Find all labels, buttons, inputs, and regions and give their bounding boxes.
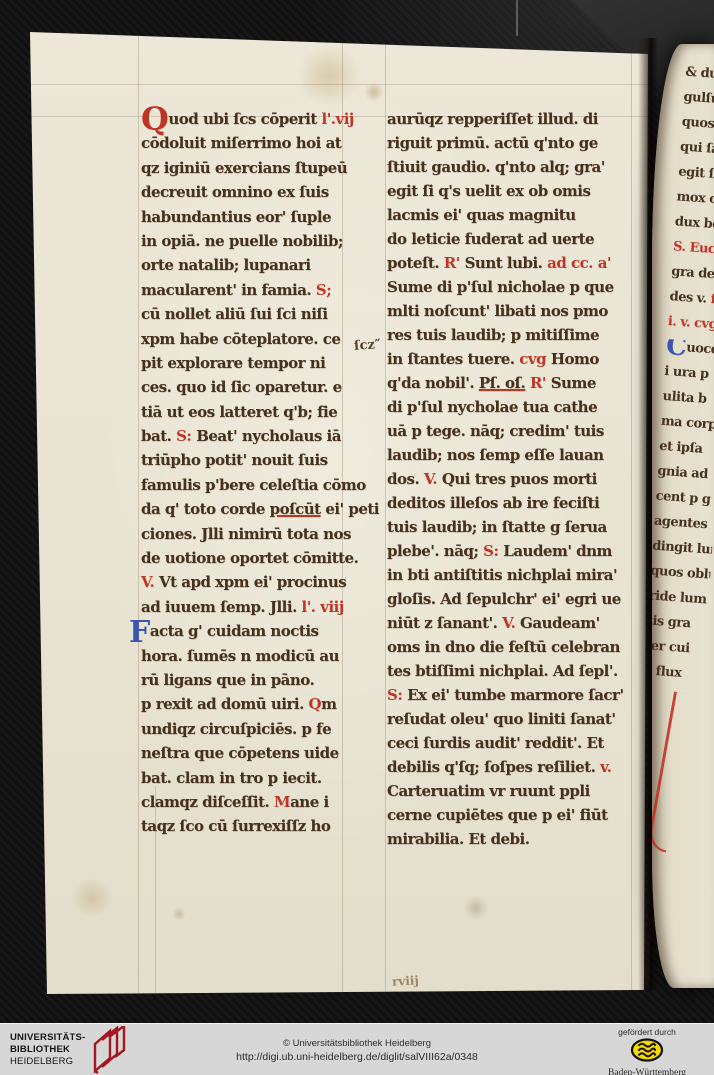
- manuscript-line: reſudat oleu' quo liniti ſanat': [387, 710, 621, 734]
- manuscript-line: habundantius eor' ſuple: [141, 208, 353, 232]
- manuscript-line: tes btiſſimi nichplai. Ad ſepl'.: [387, 662, 621, 686]
- manuscript-line: ces. quo id ſic oparetur. e: [141, 378, 353, 402]
- manuscript-line: oms in dno die feſtū celebran: [387, 638, 621, 662]
- manuscript-line: bat. S: Beat' nycholaus iā: [141, 427, 353, 451]
- text-column-right: aurūqz repperiſſet illud. diriguit primū…: [387, 110, 621, 854]
- manuscript-line: in ſtantes tuere. cvg Homo: [387, 350, 621, 374]
- ruling-line: [385, 26, 386, 996]
- manuscript-line: taqz ſco cū ſurrexiſſz ho: [141, 817, 353, 841]
- manuscript-line: qz iginiū exercians ſtupeū: [141, 159, 353, 183]
- manuscript-line: mirabilia. Et debi.: [387, 830, 621, 854]
- manuscript-line: uā p tege. nāq; credim' tuis: [387, 422, 621, 446]
- funding-region: Baden-Württemberg: [588, 1068, 706, 1075]
- manuscript-line: cōdoluit miſerrimo hoi at: [141, 134, 353, 158]
- manuscript-line: Sume di p'ſul nicholae p que: [387, 278, 621, 302]
- manuscript-line: res tuis laudib; p mitiſſime: [387, 326, 621, 350]
- manuscript-line: o flux: [652, 663, 704, 692]
- manuscript-page: Quod ubi ſcs cōperit l'.vijcōdoluit miſe…: [24, 26, 652, 996]
- manuscript-line: in bti antiſtitis nichplai mira': [387, 566, 621, 590]
- bookmark-cord: [516, 0, 518, 36]
- facing-page-text: & dum mirac'gulſus ob in uquos geſtiendo…: [652, 65, 714, 693]
- manuscript-line: clamqz diſceſſit. Mane i: [141, 793, 353, 817]
- ruling-line: [24, 84, 652, 85]
- manuscript-line: orte natalib; lupanari: [141, 256, 353, 280]
- manuscript-line: ceci ſurdis audit' reddit'. Et: [387, 734, 621, 758]
- manuscript-line: ride lum: [652, 588, 709, 617]
- manuscript-line: rū ligans que in pāno.: [141, 671, 353, 695]
- quire-signature: rviij: [392, 973, 419, 988]
- manuscript-line: ciones. Jlli nimirū tota nos: [141, 525, 353, 549]
- manuscript-line: S: Ex ei' tumbe marmore ſacr': [387, 686, 621, 710]
- manuscript-line: xpm habe cōteplatore. ce: [141, 330, 353, 354]
- margin-note: ſcz″: [354, 337, 382, 354]
- manuscript-line: Quod ubi ſcs cōperit l'.vij: [141, 110, 353, 134]
- manuscript-line: tuis laudib; in ſtatte g ſerua: [387, 518, 621, 542]
- manuscript-line: egit ſi q's uelit ex ob omis: [387, 182, 621, 206]
- library-footer-bar: UNIVERSITÄTS- BIBLIOTHEK HEIDELBERG © Un…: [0, 1023, 714, 1075]
- manuscript-line: do leticie fuderat ad uerte: [387, 230, 621, 254]
- manuscript-line: di p'ſul nycholae tua cathe: [387, 398, 621, 422]
- manuscript-line: cerne cupiētes que p ei' fiūt: [387, 806, 621, 830]
- viewer-screenshot: Quod ubi ſcs cōperit l'.vijcōdoluit miſe…: [0, 0, 714, 1075]
- manuscript-line: plebe'. nāq; S: Laudem' dnm: [387, 542, 621, 566]
- manuscript-line: decreuit omnino ex ſuis: [141, 183, 353, 207]
- manuscript-line: in opiā. ne puelle nobilib;: [141, 232, 353, 256]
- manuscript-line: de uotione oportet cōmitte.: [141, 549, 353, 573]
- manuscript-line: ad iuuem ſemp. Jlli. l'. viij: [141, 598, 353, 622]
- manuscript-line: ſtiuit gaudio. q'nto alq; gra': [387, 158, 621, 182]
- manuscript-line: V. Vt apd xpm ei' procinus: [141, 573, 353, 597]
- red-penwork-flourish: [652, 691, 694, 852]
- manuscript-line: niūt z ſanant'. V. Gaudeam': [387, 614, 621, 638]
- manuscript-line: aurūqz repperiſſet illud. di: [387, 110, 621, 134]
- text-column-left: Quod ubi ſcs cōperit l'.vijcōdoluit miſe…: [141, 110, 353, 842]
- manuscript-line: tiā ut eos latteret q'b; fie: [141, 403, 353, 427]
- manuscript-line: p rexit ad domū uiri. Qm: [141, 695, 353, 719]
- manuscript-line: poteſt. R' Sunt lubi. ad cc. a': [387, 254, 621, 278]
- manuscript-line: famulis p'bere celeſtia cōmo: [141, 476, 353, 500]
- manuscript-line: da q' toto corde poſcūt ei' peti: [141, 500, 353, 524]
- manuscript-line: q'da nobil'. Pſ. oſ. R' Sume: [387, 374, 621, 398]
- manuscript-line: neſtra que cōpetens uide: [141, 744, 353, 768]
- manuscript-line: cū nollet aliū ſui ſci niſi: [141, 305, 353, 329]
- manuscript-line: mlti noſcunt' libati nos pmo: [387, 302, 621, 326]
- manuscript-line: deditos illeſos ab ire feciſti: [387, 494, 621, 518]
- manuscript-line: undiqz circuſpiciēs. p fe: [141, 720, 353, 744]
- manuscript-line: bat. clam in tro p iecit.: [141, 769, 353, 793]
- manuscript-line: lacmis ei' quas magnitu: [387, 206, 621, 230]
- manuscript-line: hora. ſumēs n modicū au: [141, 647, 353, 671]
- manuscript-line: Facta g' cuidam noctis: [141, 622, 353, 646]
- manuscript-line: macularent' in famia. S;: [141, 281, 353, 305]
- manuscript-line: Carteruatim vr ruunt ppli: [387, 782, 621, 806]
- funding-credit: gefördert durch Baden-Württemberg: [588, 1027, 706, 1075]
- manuscript-line: debilis q'ſq; ſoſpes reſiliet. v.: [387, 758, 621, 782]
- manuscript-line: pit explorare tempor ni: [141, 354, 353, 378]
- funding-label: gefördert durch: [588, 1027, 706, 1037]
- manuscript-line: tis gra: [652, 613, 707, 642]
- manuscript-line: dos. V. Qui tres puos morti: [387, 470, 621, 494]
- manuscript-line: gloſis. Ad ſepulchr' ei' egri ue: [387, 590, 621, 614]
- photograph-background: Quod ubi ſcs cōperit l'.vijcōdoluit miſe…: [0, 0, 714, 1023]
- manuscript-line: ter cui: [652, 638, 706, 667]
- bw-coat-of-arms-icon: [630, 1038, 664, 1062]
- ruling-line: [631, 26, 632, 996]
- ruling-line: [138, 26, 139, 996]
- facing-page-edge: & dum mirac'gulſus ob in uquos geſtiendo…: [652, 44, 714, 988]
- manuscript-line: triūpho potit' nouit ſuis: [141, 451, 353, 475]
- manuscript-line: laudib; nos ſemp eſſe lauan: [387, 446, 621, 470]
- manuscript-line: riguit primū. actū q'nto ge: [387, 134, 621, 158]
